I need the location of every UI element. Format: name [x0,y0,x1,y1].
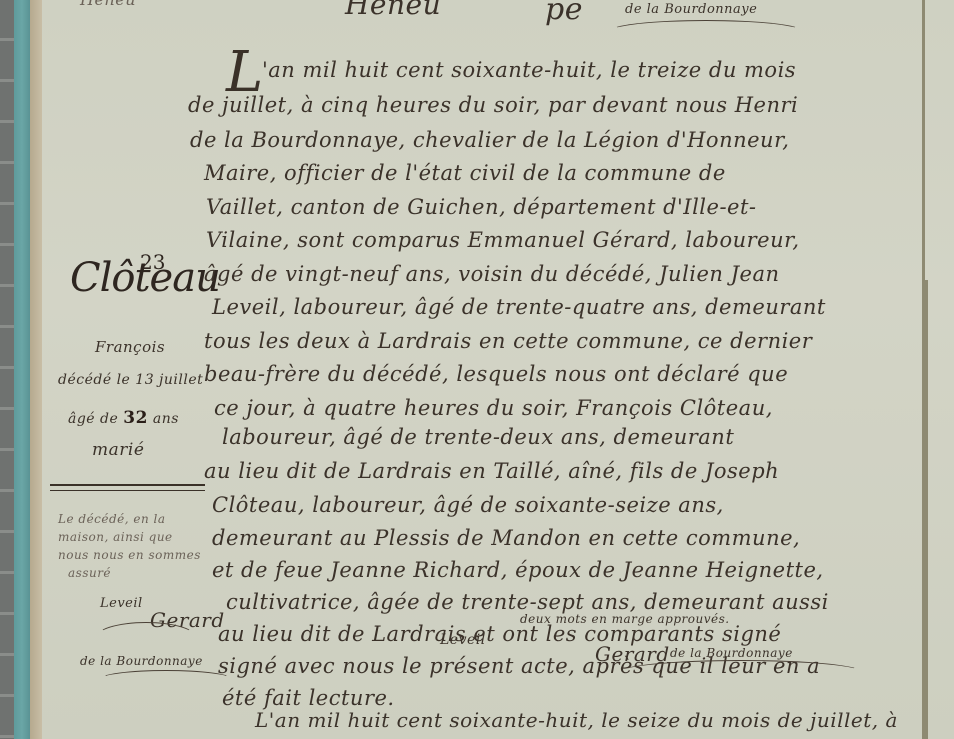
body-line-7: âgé de vingt-neuf ans, voisin du décédé,… [204,262,780,286]
margin-signature-flourish [95,622,197,654]
body-line-4: Maire, officier de l'état civil de la co… [204,161,726,185]
body-line-8: Leveil, laboureur, âgé de trente-quatre … [212,295,826,319]
margin-annotation-line-1: Le décédé, en la [58,512,166,526]
age-prefix: âgé de [68,411,118,427]
body-line-11: ce jour, à quatre heures du soir, Franço… [214,396,773,420]
body-line-15: demeurant au Plessis de Mandon en cette … [212,526,800,550]
body-line-2: de juillet, à cinq heures du soir, par d… [188,93,798,117]
previous-signature-fragment: Heneu [80,0,136,9]
marginal-approval-note: deux mots en marge approuvés. [520,612,730,626]
body-line-9: tous les deux à Lardrais en cette commun… [204,329,812,353]
body-line-16: et de feue Jeanne Richard, époux de Jean… [212,558,824,582]
margin-annotation-line-4: assuré [68,566,111,580]
mayor-flourish [100,670,232,688]
body-signature-mayor: de la Bourdonnaye [670,646,793,660]
section-divider [50,484,205,491]
binding-tape [14,0,30,739]
page-edge [30,0,42,739]
body-line-20: été fait lecture. [222,686,395,710]
margin-signature-witness-1: Leveil [100,596,143,611]
marital-status: marié [92,440,144,460]
age-note: âgé de 32 ans [68,408,179,428]
signature-flourish [610,20,802,42]
body-line-13: au lieu dit de Lardrais en Taillé, aîné,… [204,459,779,483]
previous-signature-pe: pe [545,0,583,27]
body-line-3: de la Bourdonnaye, chevalier de la Légio… [190,128,789,152]
next-act-first-line: L'an mil huit cent soixante-huit, le sei… [255,708,898,732]
right-margin-rule-lower [925,280,928,739]
previous-mayor-signature: de la Bourdonnaye [625,2,757,17]
body-line-17: cultivatrice, âgée de trente-sept ans, d… [226,590,829,614]
margin-annotation-line-2: maison, ainsi que [58,530,173,544]
body-line-12: laboureur, âgé de trente-deux ans, demeu… [222,425,734,449]
body-line-14: Clôteau, laboureur, âgé de soixante-seiz… [212,493,724,517]
body-signature-witness-1: Leveil [440,632,486,648]
body-line-1: 'an mil huit cent soixante-huit, le trei… [262,58,796,82]
deceased-surname: Clôteau [70,255,220,301]
book-binding [0,0,14,739]
body-signature-flourish [620,660,862,684]
body-line-5: Vaillet, canton de Guichen, département … [206,195,757,219]
age-value: 32 [123,408,148,428]
death-date-note: décédé le 13 juillet [58,372,203,388]
body-line-10: beau-frère du décédé, lesquels nous ont … [204,362,788,386]
age-suffix: ans [153,411,179,427]
previous-signature-heneu: Heneu [345,0,441,21]
margin-annotation-line-3: nous nous en sommes [58,548,201,562]
body-line-6: Vilaine, sont comparus Emmanuel Gérard, … [206,228,800,252]
deceased-given-name: François [95,338,165,356]
margin-signature-mayor: de la Bourdonnaye [80,654,203,668]
